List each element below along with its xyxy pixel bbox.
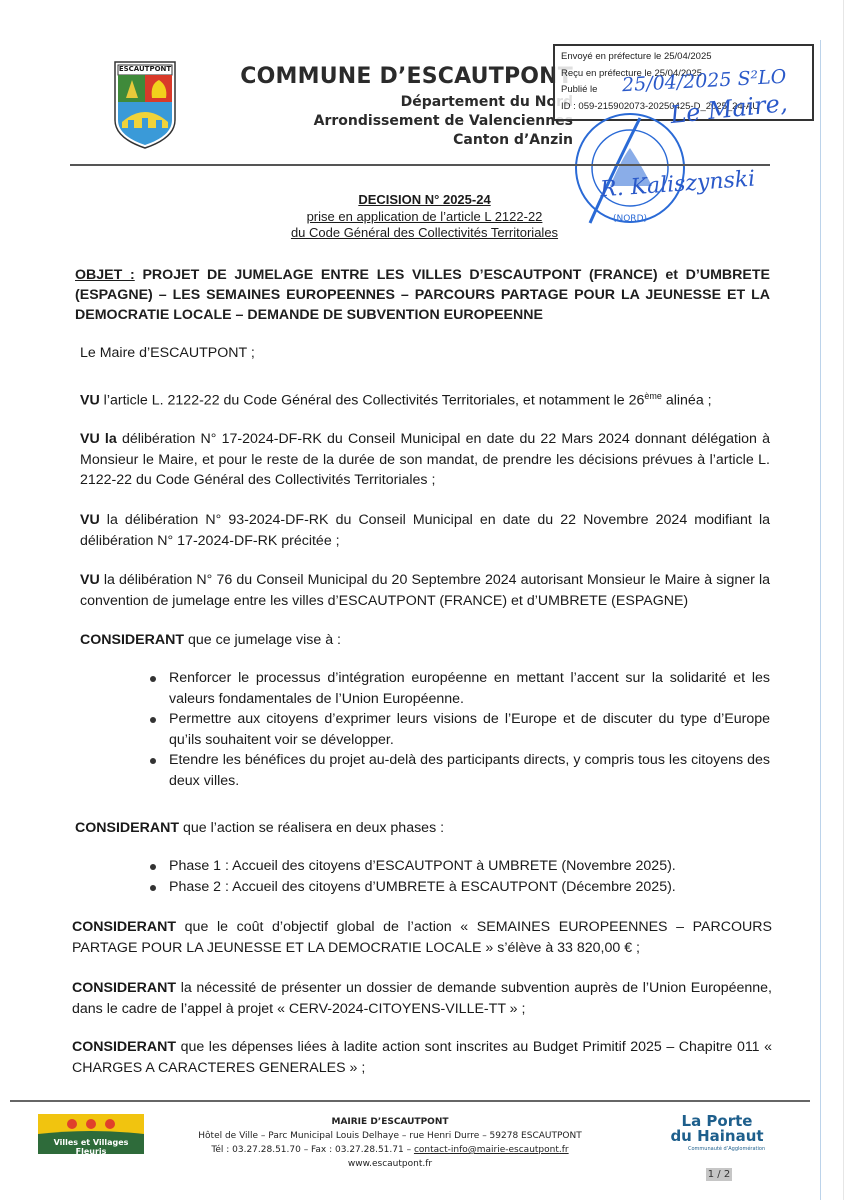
footer-divider [10,1100,810,1102]
vu-text: l’article L. 2122-22 du Code Général des… [100,393,645,409]
escautpont-crest-icon [112,60,178,150]
decision-heading: DECISION N° 2025-24 prise en application… [0,192,849,242]
objet-block: OBJET : PROJET DE JUMELAGE ENTRE LES VIL… [75,265,770,325]
list-item: Etendre les bénéfices du projet au-delà … [145,750,770,791]
phases-list: Phase 1 : Accueil des citoyens d’ESCAUTP… [145,856,770,897]
stamp-published-label: Publié le [561,84,597,95]
considerant-lead: CONSIDERANT [80,632,184,648]
considerant-lead: CONSIDERANT [72,919,176,935]
footer-mairie-name: MAIRIE D’ESCAUTPONT [180,1115,600,1129]
considerant-objectives: CONSIDERANT que ce jumelage vise à : [80,630,775,651]
vu-deliberation-76: VU la délibération N° 76 du Conseil Muni… [80,570,770,611]
porte-du-hainaut-logo: La Porte du Hainaut [662,1114,772,1144]
vu-text: la délibération N° 76 du Conseil Municip… [80,572,770,609]
scan-edge-line [843,0,844,1200]
list-item: Permettre aux citoyens d’exprimer leurs … [145,709,770,750]
considerant-text: que les dépenses liées à ladite action s… [72,1039,772,1076]
canton-line: Canton d’Anzin [453,132,573,148]
page-number: 1 / 2 [706,1168,732,1181]
footer-website-link[interactable]: www.escautpont.fr [180,1157,600,1171]
objectives-list: Renforcer le processus d’intégration eur… [145,668,770,791]
considerant-text: que l’action se réalisera en deux phases… [179,820,444,836]
vu-text: délibération N° 17-2024-DF-RK du Conseil… [80,431,770,488]
vu-tail: alinéa ; [662,393,712,409]
vu-lead: VU [80,393,100,409]
list-item: Phase 1 : Accueil des citoyens d’ESCAUTP… [145,856,770,877]
decision-legal-basis: prise en application de l’article L 2122… [0,209,849,226]
footer-email-link[interactable]: contact-info@mairie-escautpont.fr [414,1145,569,1155]
vu-lead: VU [80,572,100,588]
vu-article: VU l’article L. 2122-22 du Code Général … [80,386,775,411]
footer-contact: MAIRIE D’ESCAUTPONT Hôtel de Ville – Par… [180,1115,600,1171]
vu-lead: VU la [80,431,117,447]
header-divider [70,164,770,166]
considerant-lead: CONSIDERANT [75,820,179,836]
commune-title: COMMUNE D’ESCAUTPONT [240,64,573,89]
vu-sup: ème [644,391,662,401]
considerant-text: la nécessité de présenter un dossier de … [72,980,772,1017]
decision-code: du Code Général des Collectivités Territ… [0,225,849,242]
vvf-label: Villes et Villages Fleuris [38,1138,144,1156]
considerant-subsidy: CONSIDERANT la nécessité de présenter un… [72,978,772,1019]
considerant-phases: CONSIDERANT que l’action se réalisera en… [75,818,770,839]
footer-address: Hôtel de Ville – Parc Municipal Louis De… [180,1129,600,1143]
vu-lead: VU [80,512,100,528]
vu-text: la délibération N° 93-2024-DF-RK du Cons… [80,512,770,549]
considerant-budget: CONSIDERANT que les dépenses liées à lad… [72,1037,772,1078]
crest-label: ESCAUTPONT [118,65,172,73]
maire-line: Le Maire d’ESCAUTPONT ; [80,343,775,364]
partner-word: du Hainaut [670,1127,763,1145]
villes-villages-fleuris-logo: Villes et Villages Fleuris [38,1114,144,1154]
considerant-text: que ce jumelage vise à : [184,632,341,648]
considerant-lead: CONSIDERANT [72,1039,176,1055]
footer-phone-fax: Tél : 03.27.28.51.70 – Fax : 03.27.28.51… [211,1145,414,1155]
arrondissement-line: Arrondissement de Valenciennes [314,113,573,129]
considerant-cost: CONSIDERANT que le coût d’objectif globa… [72,917,772,958]
considerant-text: que le coût d’objectif global de l’actio… [72,919,772,956]
stamp-sent: Envoyé en préfecture le 25/04/2025 [561,51,712,62]
department-line: Département du Nord [401,94,573,110]
partner-subtitle: Communauté d’Agglomération [688,1146,765,1152]
list-item: Renforcer le processus d’intégration eur… [145,668,770,709]
vu-deliberation-93: VU la délibération N° 93-2024-DF-RK du C… [80,510,770,551]
objet-label: OBJET : [75,267,135,283]
decision-number: DECISION N° 2025-24 [0,192,849,209]
vu-deliberation-17: VU la délibération N° 17-2024-DF-RK du C… [80,429,770,491]
list-item: Phase 2 : Accueil des citoyens d’UMBRETE… [145,877,770,898]
considerant-lead: CONSIDERANT [72,980,176,996]
footer-phone-line: Tél : 03.27.28.51.70 – Fax : 03.27.28.51… [180,1143,600,1157]
objet-text: PROJET DE JUMELAGE ENTRE LES VILLES D’ES… [75,267,770,323]
